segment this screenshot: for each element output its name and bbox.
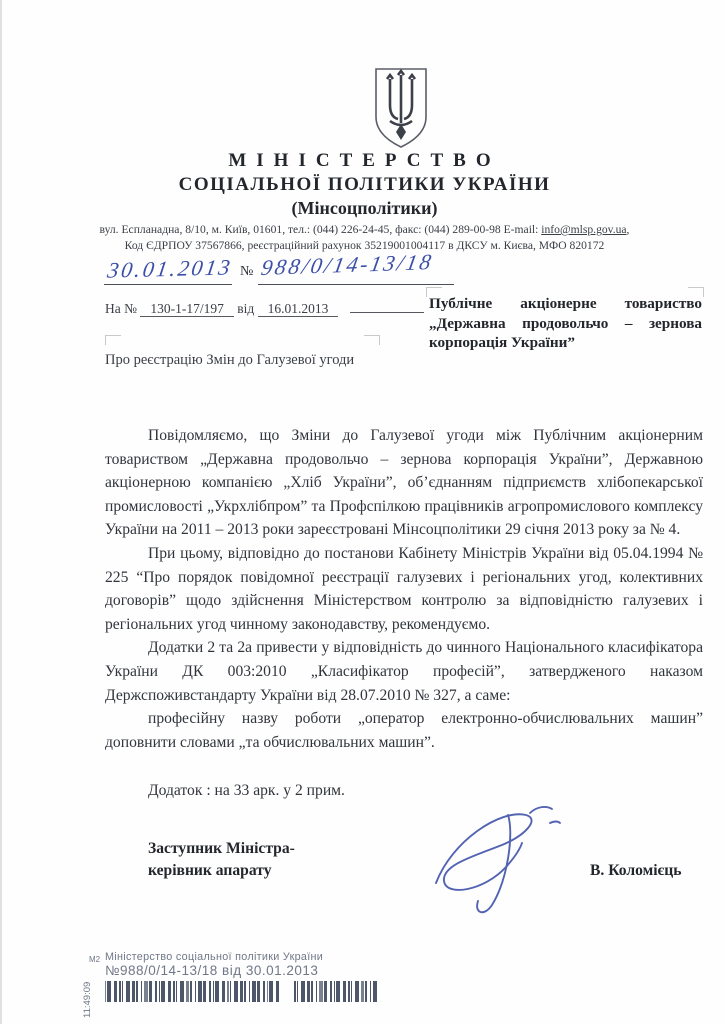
handwritten-date: 30.01.2013: [106, 254, 234, 283]
letterhead-address-line1: вул. Еспланадна, 8/10, м. Київ, 01601, т…: [2, 223, 725, 236]
subject-corner-mark-right: [364, 335, 380, 345]
reply-date: 16.01.2013: [258, 301, 339, 317]
subject-line: Про реєстрацію Змін до Галузевої угоди: [105, 352, 354, 369]
reply-reference-line: На № 130-1-17/197 від 16.01.2013: [105, 300, 424, 317]
stamp-registration-number: №988/0/14-13/18 від 30.01.2013: [105, 963, 318, 978]
handwritten-outgoing-number: 988/0/14-13/18: [259, 249, 435, 281]
address-text: вул. Еспланадна, 8/10, м. Київ, 01601, т…: [100, 223, 542, 236]
ministry-short-name: (Мінсоцполітики): [2, 198, 725, 219]
body-paragraph-3: Додатки 2 та 2а привести у відповідність…: [105, 636, 703, 707]
signer-name: В. Коломієць: [590, 862, 682, 880]
body-paragraph-2: При цьому, відповідно до постанови Кабін…: [105, 542, 703, 636]
signer-title-line2: керівник апарату: [148, 860, 295, 882]
ukraine-trident-emblem-icon: [372, 66, 430, 152]
ministry-title-line1: МІНІСТЕРСТВО: [2, 150, 725, 172]
body-paragraph-1: Повідомляємо, що Зміни до Галузевої угод…: [105, 424, 703, 542]
signer-title: Заступник Міністра- керівник апарату: [148, 838, 295, 882]
handwritten-signature: [422, 793, 587, 933]
stamp-time: 11:49:09: [82, 982, 93, 1018]
scanned-letter-page: МІНІСТЕРСТВО СОЦІАЛЬНОЇ ПОЛІТИКИ УКРАЇНИ…: [0, 0, 725, 1024]
registration-barcode: [105, 981, 367, 1002]
letterhead-address-line2: Код ЄДРПОУ 37567866, реєстраційний рахун…: [2, 239, 725, 252]
stamp-ministry-name: Міністерство соціальної політики України: [105, 951, 323, 963]
ministry-title-line2: СОЦІАЛЬНОЇ ПОЛІТИКИ УКРАЇНИ: [2, 174, 725, 196]
reply-number: 130-1-17/197: [140, 301, 234, 317]
addressee-block: Публічне акціонерне товариство „Державна…: [429, 294, 702, 353]
reply-prefix: На №: [105, 301, 137, 316]
trident-base: [396, 124, 406, 140]
number-underline: [258, 284, 454, 285]
signer-title-line1: Заступник Міністра-: [148, 838, 295, 860]
date-underline: [104, 284, 232, 285]
number-sign: №: [240, 264, 253, 280]
body-paragraph-4: професійну назву роботи „оператор електр…: [105, 707, 703, 754]
reply-blank-line: [350, 300, 424, 313]
stamp-m2-mark: М2: [89, 955, 100, 964]
email-address: info@mlsp.gov.ua: [541, 223, 626, 236]
reply-date-label: від: [237, 301, 254, 316]
letter-body: Повідомляємо, що Зміни до Галузевої угод…: [105, 424, 703, 754]
address-tail: ,: [627, 223, 630, 236]
subject-corner-mark-left: [105, 335, 121, 345]
